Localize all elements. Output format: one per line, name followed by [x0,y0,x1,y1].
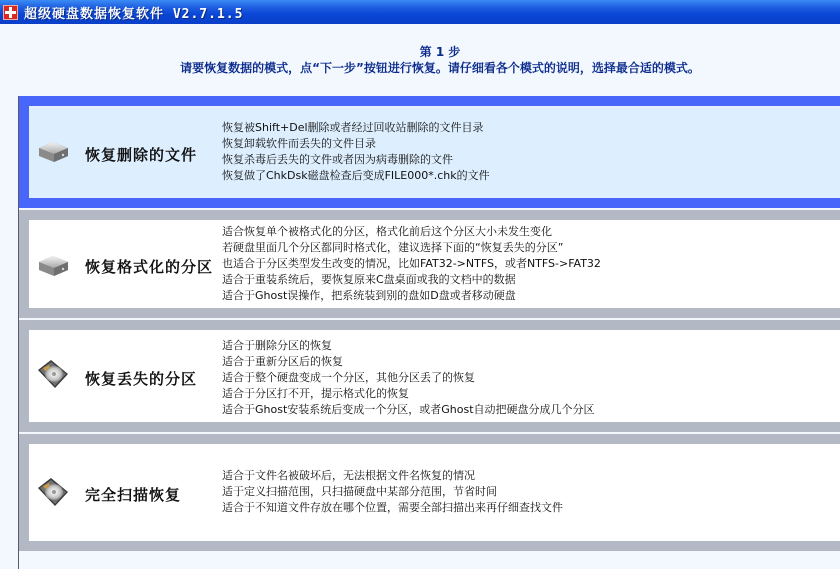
description-line: 适合于分区打不开，提示格式化的恢复 [222,386,595,402]
description-line: 恢复做了ChkDsk磁盘检查后变成FILE000*.chk的文件 [222,168,490,184]
mode-title: 恢复丢失的分区 [85,368,197,389]
description-line: 适合于文件名被破坏后，无法根据文件名恢复的情况 [222,468,563,484]
mode-title: 恢复删除的文件 [85,144,197,165]
mode-description: 适合于删除分区的恢复 适合于重新分区后的恢复 适合于整个硬盘变成一个分区，其他分… [222,338,595,418]
description-line: 恢复被Shift+Del删除或者经过回收站删除的文件目录 [222,120,490,136]
mode-description: 适合于文件名被破坏后，无法根据文件名恢复的情况 适于定义扫描范围，只扫描硬盘中某… [222,468,563,516]
description-line: 恢复杀毒后丢失的文件或者因为病毒删除的文件 [222,152,490,168]
description-line: 适合于整个硬盘变成一个分区，其他分区丢了的恢复 [222,370,595,386]
window-title: 超级硬盘数据恢复软件 V2.7.1.5 [24,3,243,22]
red-cross-icon [3,5,18,20]
step-description: 请要恢复数据的模式，点“下一步”按钮进行恢复。请仔细看各个模式的说明，选择最合适… [0,60,840,77]
description-line: 也适合于分区类型发生改变的情况，比如FAT32->NTFS，或者NTFS->FA… [222,256,601,272]
hard-drive-closed-icon [35,136,71,166]
title-bar[interactable]: 超级硬盘数据恢复软件 V2.7.1.5 [0,0,840,24]
description-line: 适合于重新分区后的恢复 [222,354,595,370]
description-line: 适合于不知道文件存放在哪个位置，需要全部扫描出来再仔细查找文件 [222,500,563,516]
mode-option-full-scan-recovery[interactable]: 完全扫描恢复 适合于文件名被破坏后，无法根据文件名恢复的情况 适于定义扫描范围，… [19,434,840,551]
description-line: 适合恢复单个被格式化的分区，格式化前后这个分区大小未发生变化 [222,224,601,240]
description-line: 适合于Ghost安装系统后变成一个分区，或者Ghost自动把硬盘分成几个分区 [222,402,595,418]
mode-option-recover-formatted-partition[interactable]: 恢复格式化的分区 适合恢复单个被格式化的分区，格式化前后这个分区大小未发生变化 … [19,210,840,318]
step-header: 第 1 步 请要恢复数据的模式，点“下一步”按钮进行恢复。请仔细看各个模式的说明… [0,44,840,77]
description-line: 适于定义扫描范围，只扫描硬盘中某部分范围，节省时间 [222,484,563,500]
mode-description: 适合恢复单个被格式化的分区，格式化前后这个分区大小未发生变化 若硬盘里面几个分区… [222,224,601,304]
mode-title: 完全扫描恢复 [85,484,181,505]
description-line: 若硬盘里面几个分区都同时格式化，建议选择下面的“恢复丢失的分区” [222,240,601,256]
hard-drive-open-platter-icon [35,356,71,392]
hard-drive-open-platter-icon [35,474,71,510]
mode-list: 恢复删除的文件 恢复被Shift+Del删除或者经过回收站删除的文件目录 恢复卸… [18,96,840,569]
description-line: 适合于删除分区的恢复 [222,338,595,354]
description-line: 恢复卸载软件而丢失的文件目录 [222,136,490,152]
description-line: 适合于重装系统后，要恢复原来C盘桌面或我的文档中的数据 [222,272,601,288]
hard-drive-closed-icon [35,250,71,280]
mode-description: 恢复被Shift+Del删除或者经过回收站删除的文件目录 恢复卸载软件而丢失的文… [222,120,490,184]
mode-title: 恢复格式化的分区 [85,256,213,277]
description-line: 适合于Ghost误操作，把系统装到别的盘如D盘或者移动硬盘 [222,288,601,304]
step-title: 第 1 步 [0,44,840,60]
mode-option-recover-lost-partition[interactable]: 恢复丢失的分区 适合于删除分区的恢复 适合于重新分区后的恢复 适合于整个硬盘变成… [19,320,840,432]
mode-option-recover-deleted-files[interactable]: 恢复删除的文件 恢复被Shift+Del删除或者经过回收站删除的文件目录 恢复卸… [19,96,840,208]
